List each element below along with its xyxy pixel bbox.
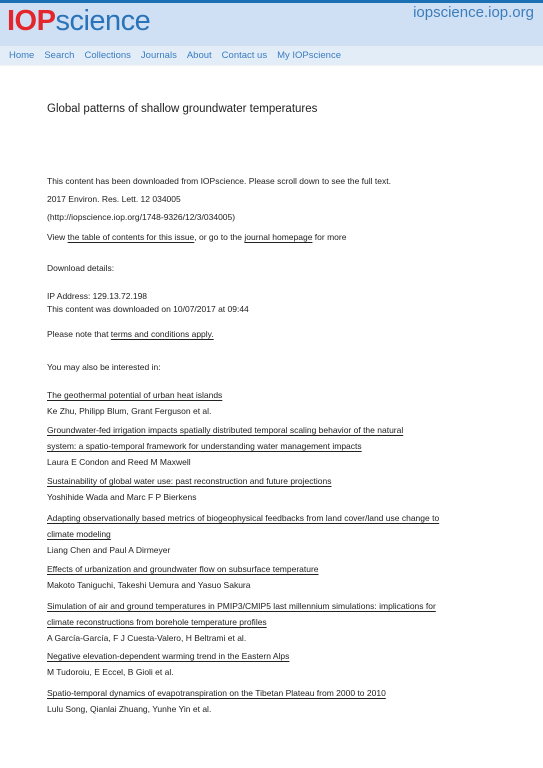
related-article: Groundwater-fed irrigation impacts spati…: [47, 422, 412, 470]
related-article-title[interactable]: The geothermal potential of urban heat i…: [47, 390, 222, 400]
site-header: IOPscience iopscience.iop.org: [0, 3, 543, 46]
nav-collections[interactable]: Collections: [84, 50, 130, 61]
terms-line: Please note that terms and conditions ap…: [47, 329, 214, 339]
nav-home[interactable]: Home: [9, 50, 34, 61]
iopscience-logo[interactable]: IOPscience: [7, 3, 150, 39]
related-article-title[interactable]: Adapting observationally based metrics o…: [47, 513, 439, 539]
also-interested-label: You may also be interested in:: [47, 362, 161, 372]
nav-search[interactable]: Search: [44, 50, 74, 61]
toc-link[interactable]: the table of contents for this issue: [68, 232, 195, 242]
journal-homepage-link[interactable]: journal homepage: [244, 232, 312, 242]
note-prefix: Please note that: [47, 329, 111, 339]
related-article-title[interactable]: Negative elevation-dependent warming tre…: [47, 651, 289, 661]
related-article-authors: A García-García, F J Cuesta-Valero, H Be…: [47, 630, 447, 646]
downloaded-on: This content was downloaded on 10/07/201…: [47, 304, 249, 314]
related-article: Adapting observationally based metrics o…: [47, 510, 452, 558]
terms-link[interactable]: terms and conditions apply.: [111, 329, 214, 339]
citation: 2017 Environ. Res. Lett. 12 034005: [47, 194, 181, 204]
related-article-authors: M Tudoroiu, E Eccel, B Gioli et al.: [47, 664, 447, 680]
nav-journals[interactable]: Journals: [141, 50, 177, 61]
related-article-title[interactable]: Simulation of air and ground temperature…: [47, 601, 436, 627]
nav-about[interactable]: About: [187, 50, 212, 61]
related-article-authors: Yoshihide Wada and Marc F P Bierkens: [47, 489, 447, 505]
nav-contact-us[interactable]: Contact us: [222, 50, 267, 61]
related-article-authors: Lulu Song, Qianlai Zhuang, Yunhe Yin et …: [47, 701, 467, 717]
download-notice: This content has been downloaded from IO…: [47, 176, 391, 186]
view-prefix: View: [47, 232, 68, 242]
related-article-title[interactable]: Effects of urbanization and groundwater …: [47, 564, 319, 574]
doi-url: (http://iopscience.iop.org/1748-9326/12/…: [47, 212, 235, 222]
related-article: Sustainability of global water use: past…: [47, 473, 447, 505]
related-article-title[interactable]: Spatio-temporal dynamics of evapotranspi…: [47, 688, 386, 698]
related-article: Effects of urbanization and groundwater …: [47, 561, 447, 593]
related-article-title[interactable]: Groundwater-fed irrigation impacts spati…: [47, 425, 403, 451]
related-article: Spatio-temporal dynamics of evapotranspi…: [47, 685, 467, 717]
related-article-title[interactable]: Sustainability of global water use: past…: [47, 476, 331, 486]
logo-science-text: science: [55, 5, 150, 37]
related-article: Negative elevation-dependent warming tre…: [47, 648, 447, 680]
main-nav: Home Search Collections Journals About C…: [0, 46, 543, 66]
site-url[interactable]: iopscience.iop.org: [413, 4, 534, 21]
related-article-authors: Makoto Taniguchi, Takeshi Uemura and Yas…: [47, 577, 447, 593]
download-details-label: Download details:: [47, 263, 114, 273]
related-article-authors: Laura E Condon and Reed M Maxwell: [47, 454, 412, 470]
related-article-authors: Ke Zhu, Philipp Blum, Grant Ferguson et …: [47, 403, 247, 419]
ip-address: IP Address: 129.13.72.198: [47, 291, 147, 301]
article-title: Global patterns of shallow groundwater t…: [47, 103, 317, 115]
related-article: Simulation of air and ground temperature…: [47, 598, 447, 646]
nav-my-iopscience[interactable]: My IOPscience: [277, 50, 341, 61]
view-suffix: for more: [312, 232, 346, 242]
view-line: View the table of contents for this issu…: [47, 232, 346, 242]
related-article: The geothermal potential of urban heat i…: [47, 387, 247, 419]
view-middle: , or go to the: [194, 232, 244, 242]
related-article-authors: Liang Chen and Paul A Dirmeyer: [47, 542, 452, 558]
logo-iop-text: IOP: [7, 5, 55, 37]
